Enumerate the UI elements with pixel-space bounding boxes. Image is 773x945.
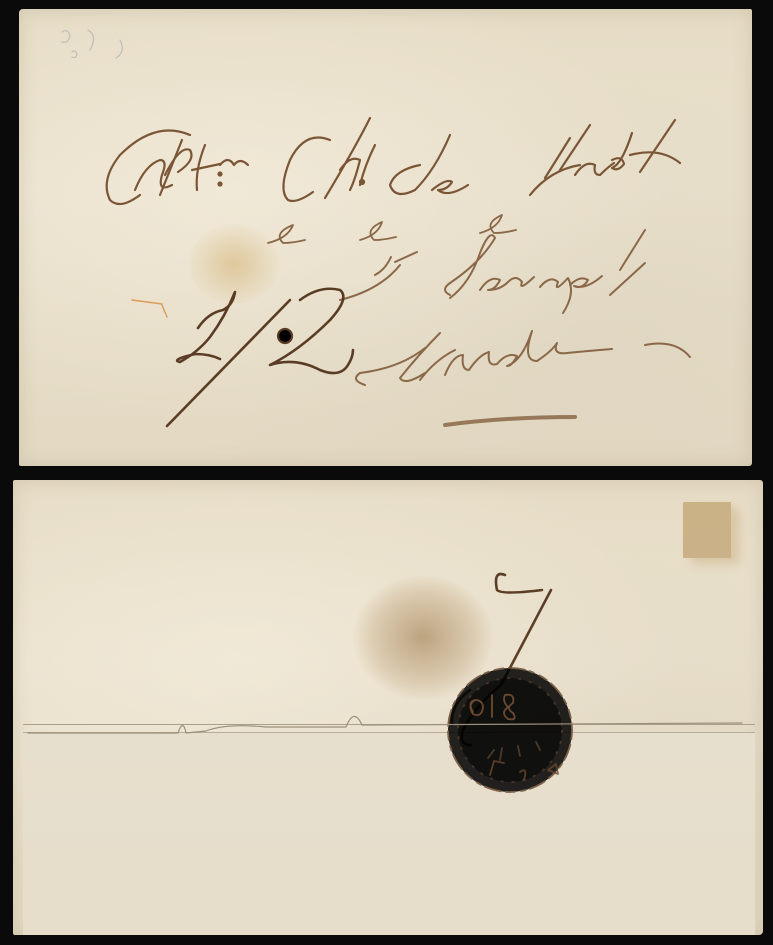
handwriting-hurdt <box>530 120 680 195</box>
handwriting-st-georges <box>340 230 645 313</box>
handwriting-rate-2-12 <box>167 289 353 426</box>
pencil-notes <box>62 30 122 58</box>
orange-mark <box>132 300 167 317</box>
handwriting-chs <box>283 118 375 201</box>
handwriting-le-le-le <box>268 215 516 243</box>
postmark-circle <box>448 668 572 792</box>
handwriting-de <box>390 135 468 194</box>
address-underline <box>445 417 575 425</box>
handwriting-layer <box>0 0 773 945</box>
fold-ridge <box>28 716 742 733</box>
handwriting-grenada <box>356 331 690 425</box>
handwriting-capt <box>107 131 248 205</box>
